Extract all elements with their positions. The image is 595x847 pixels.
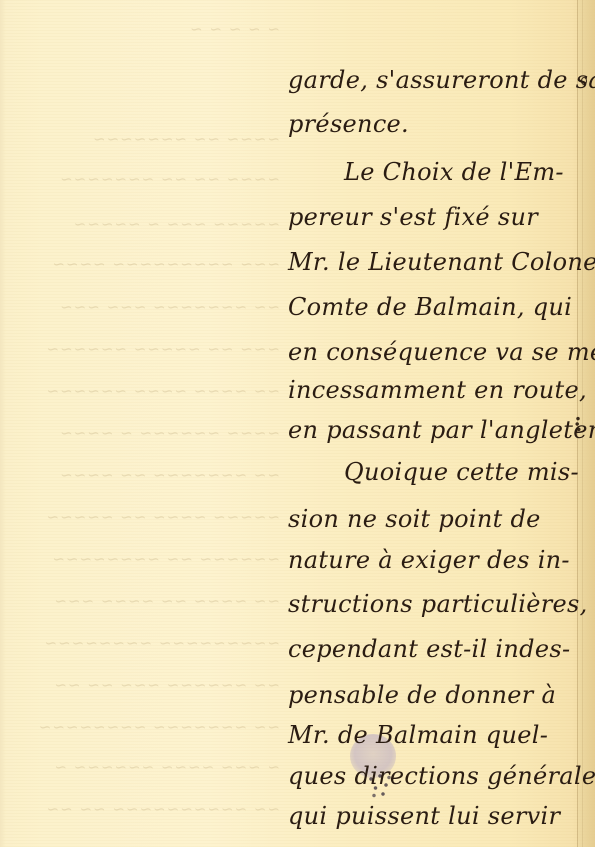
bleed-through-line: ~ ~~~ ~~~~ ~~~~~~ ~ bbox=[40, 758, 280, 776]
bleed-through-line: ~~~~ ~~~~~~ ~ ~~~~ bbox=[40, 424, 280, 442]
bleed-through-line: ~~ ~~~~ ~~ ~~~~ ~~~ bbox=[40, 592, 280, 610]
bleed-through-line: ~~ ~~~~~~~ ~~ ~~~~ bbox=[40, 466, 280, 484]
bleed-through-line: ~~~~~~ ~~ ~~~~~~~~ bbox=[40, 550, 280, 568]
bleed-through-line: ~~ ~~~~~~~ ~~~~~~~~ bbox=[40, 718, 280, 736]
bleed-through-line: ~~ ~~~~~~~ ~~~ ~~~ bbox=[40, 298, 280, 316]
text-line: Mr. le Lieutenant Colonel bbox=[288, 250, 595, 274]
bleed-through-line: ~~~ ~~~~~~~~~ ~~~~ bbox=[40, 255, 280, 273]
bleed-through-line: ~~ ~~~~~~~~~~ ~~ ~~ bbox=[40, 800, 280, 818]
paper-left-edge bbox=[0, 0, 6, 847]
bleed-through-line: ~~~~~ ~~~~ ~~ ~~~~~ bbox=[40, 508, 280, 526]
text-line: structions particulières, bbox=[288, 592, 588, 616]
bleed-through-line: ~~ ~~~~~~ ~~~ ~~ ~~ bbox=[40, 676, 280, 694]
text-line: ques directions générales bbox=[288, 764, 595, 788]
manuscript-page: ~ ~ ~ ~ ~ ~~~~ ~~ ~~~~~~~ ~~~~ ~~ ~~ ~~~… bbox=[0, 0, 595, 847]
bleed-through-line: ~~~~~~~~~ ~~~~~~~~ bbox=[40, 634, 280, 652]
bleed-through-line: ~~~~ ~~ ~~ ~~~~~~~ bbox=[40, 170, 280, 188]
text-line: qui puissent lui servir bbox=[288, 804, 560, 828]
text-line: Mr. de Balmain quel- bbox=[288, 723, 548, 747]
text-line: en conséquence va se mettre bbox=[288, 340, 595, 364]
text-line: Quoique cette mis- bbox=[344, 460, 579, 484]
text-line: nature à exiger des in- bbox=[288, 548, 570, 572]
text-line: Comte de Balmain, qui bbox=[288, 295, 572, 319]
text-line: présence. bbox=[288, 112, 409, 136]
text-line: garde, s'assureront de sa bbox=[288, 68, 595, 92]
bleed-through-line: ~~~~ ~~ ~~~~~~~ bbox=[40, 130, 280, 148]
bleed-through-line: ~ ~ ~ ~ ~ bbox=[40, 20, 280, 38]
text-line: incessamment en route, bbox=[288, 378, 587, 402]
text-line: cependant est-il indes- bbox=[288, 637, 570, 661]
text-line: pereur s'est fixé sur bbox=[288, 205, 538, 229]
bleed-through-line: ~~~ ~~ ~~~~~ ~~~~~~ bbox=[40, 340, 280, 358]
bleed-through-line: ~~ ~~~~ ~~~~ ~~~~~~ bbox=[40, 382, 280, 400]
text-line: Le Choix de l'Em- bbox=[344, 160, 564, 184]
text-line: pensable de donner à bbox=[288, 683, 556, 707]
text-line: en passant par l'angleterre. bbox=[288, 418, 595, 442]
text-line: sion ne soit point de bbox=[288, 507, 541, 531]
bleed-through-line: ~~~~~ ~~~ ~ ~~~~~ bbox=[40, 215, 280, 233]
